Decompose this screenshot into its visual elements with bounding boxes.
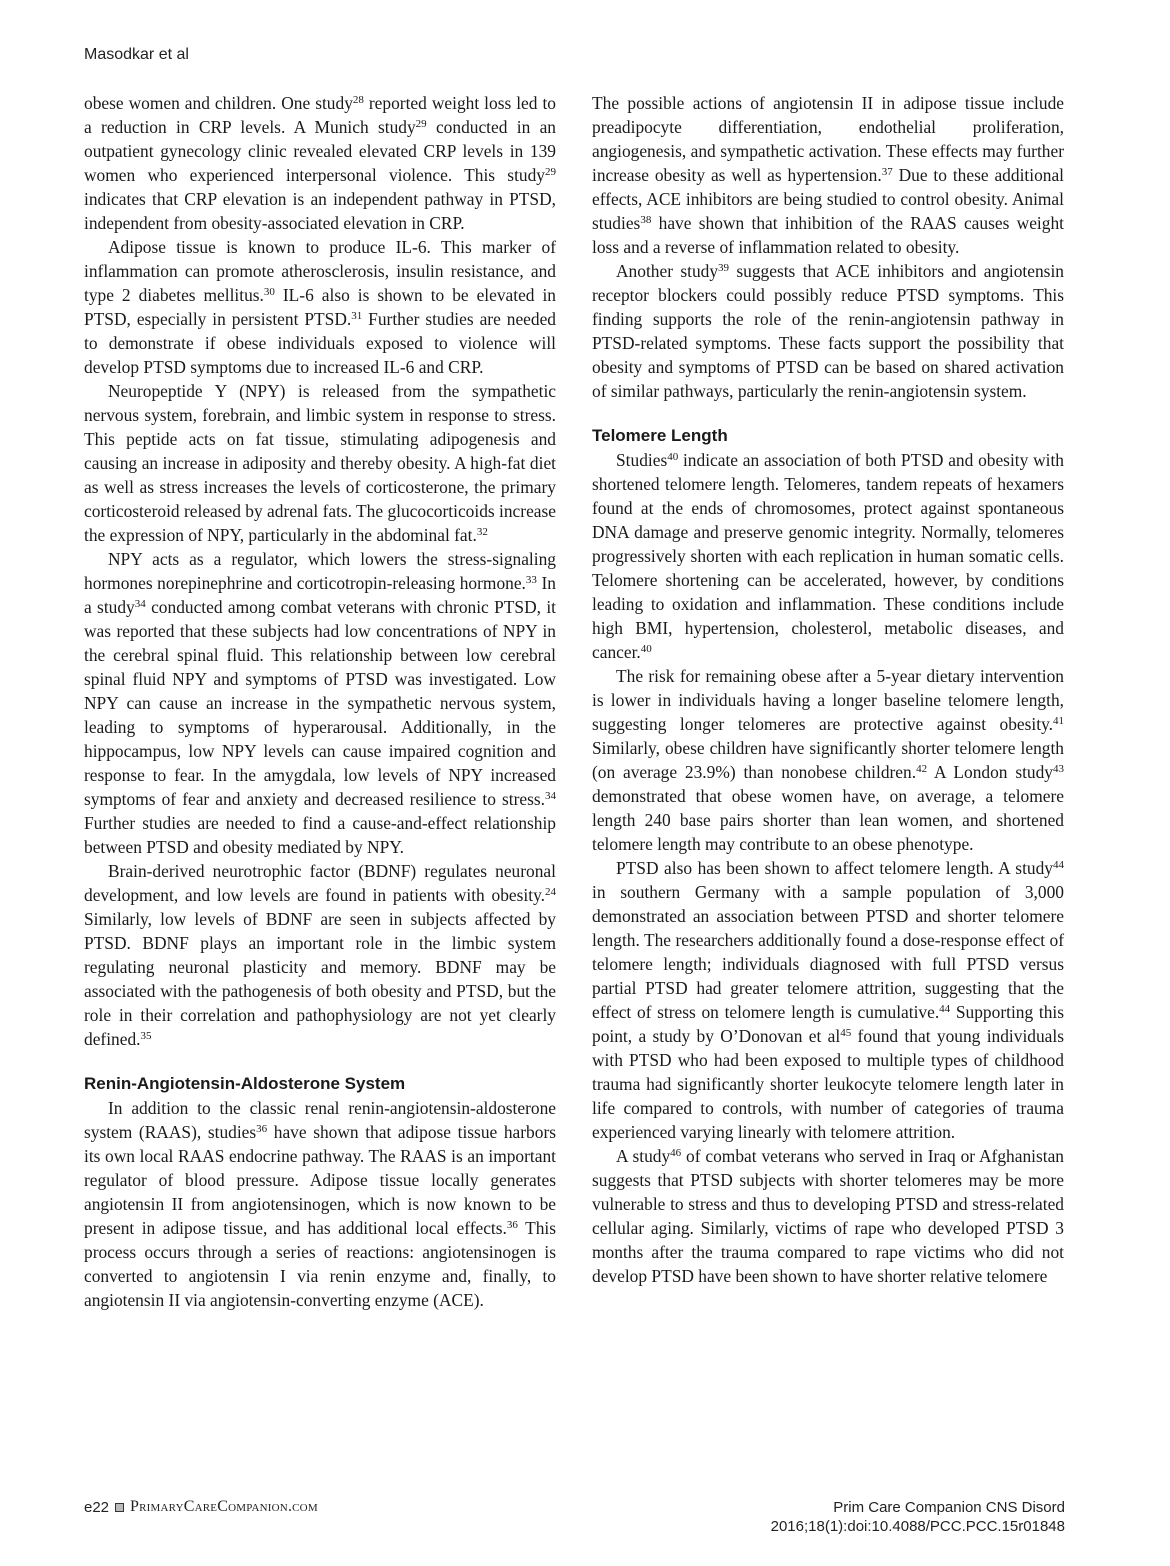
paragraph: The possible actions of angiotensin II i… [592, 91, 1064, 259]
citation-ref: 33 [526, 574, 537, 586]
right-column: The possible actions of angiotensin II i… [592, 91, 1064, 1288]
section-heading-raas: Renin-Angiotensin-Aldosterone System [84, 1072, 556, 1096]
citation-ref: 43 [1053, 763, 1064, 775]
section-heading-telomere: Telomere Length [592, 424, 1064, 448]
paragraph: A study46 of combat veterans who served … [592, 1144, 1064, 1288]
citation-ref: 40 [641, 643, 652, 655]
footer-right: Prim Care Companion CNS Disord 2016;18(1… [771, 1498, 1065, 1536]
paragraph: Neuropeptide Y (NPY) is released from th… [84, 379, 556, 547]
paragraph: Another study39 suggests that ACE inhibi… [592, 259, 1064, 403]
paragraph: obese women and children. One study28 re… [84, 91, 556, 235]
citation-ref: 34 [545, 790, 556, 802]
citation-ref: 45 [840, 1027, 851, 1039]
citation-ref: 36 [256, 1123, 267, 1135]
citation-ref: 40 [667, 451, 678, 463]
citation-ref: 29 [545, 166, 556, 178]
citation-ref: 35 [141, 1030, 152, 1042]
citation-ref: 31 [351, 310, 362, 322]
footer-left: e22 PrimaryCareCompanion.com [84, 1498, 318, 1516]
citation-ref: 37 [882, 166, 893, 178]
square-bullet-icon [115, 1503, 124, 1512]
site-link[interactable]: PrimaryCareCompanion.com [130, 1498, 318, 1516]
citation-ref: 44 [939, 1003, 950, 1015]
citation-ref: 42 [916, 763, 927, 775]
paragraph: Brain-derived neurotrophic factor (BDNF)… [84, 859, 556, 1051]
paragraph: Studies40 indicate an association of bot… [592, 448, 1064, 664]
page-number: e22 [84, 1499, 109, 1516]
citation-ref: 30 [264, 286, 275, 298]
running-head: Masodkar et al [84, 46, 189, 64]
citation-ref: 29 [416, 118, 427, 130]
citation-ref: 39 [718, 262, 729, 274]
citation-ref: 36 [507, 1219, 518, 1231]
citation-ref: 24 [545, 886, 556, 898]
citation-ref: 41 [1053, 715, 1064, 727]
paragraph: The risk for remaining obese after a 5-y… [592, 664, 1064, 856]
citation-ref: 38 [640, 214, 651, 226]
paragraph: NPY acts as a regulator, which lowers th… [84, 547, 556, 859]
doi-citation: 2016;18(1):doi:10.4088/PCC.PCC.15r01848 [771, 1517, 1065, 1536]
journal-name: Prim Care Companion CNS Disord [771, 1498, 1065, 1517]
citation-ref: 44 [1053, 859, 1064, 871]
paragraph: PTSD also has been shown to affect telom… [592, 856, 1064, 1144]
citation-ref: 28 [353, 94, 364, 106]
paragraph: Adipose tissue is known to produce IL-6.… [84, 235, 556, 379]
citation-ref: 46 [670, 1147, 681, 1159]
left-column: obese women and children. One study28 re… [84, 91, 556, 1312]
citation-ref: 32 [477, 526, 488, 538]
paragraph: In addition to the classic renal renin-a… [84, 1096, 556, 1312]
citation-ref: 34 [135, 598, 146, 610]
